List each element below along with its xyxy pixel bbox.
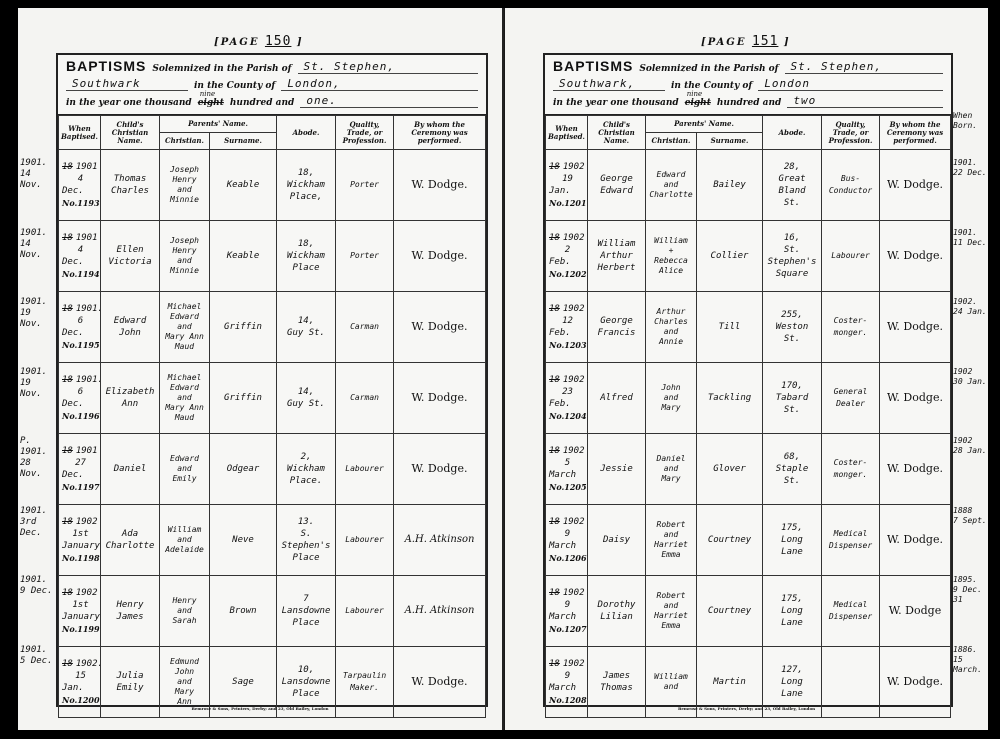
abode-cell: 175, Long Lane: [763, 505, 822, 576]
parents-surname-cell: Till: [697, 292, 763, 363]
register-header: BAPTISMS Solemnized in the Parish of St.…: [58, 55, 486, 115]
baptism-day: 23: [549, 386, 586, 398]
baptism-month: March: [549, 682, 586, 694]
baptism-month: January: [62, 611, 99, 623]
baptism-month: Feb.: [549, 398, 586, 410]
baptism-day: 2: [549, 244, 586, 256]
birth-date-note: 1901. 14 Nov.: [20, 228, 56, 261]
abode-cell: 2, Wickham Place.: [277, 434, 336, 505]
parents-christian-cell: Henry and Sarah: [160, 576, 210, 647]
baptism-day: 15: [62, 670, 99, 682]
birth-date-note: 1886. 15 March.: [953, 645, 987, 675]
baptism-month: Dec.: [62, 469, 99, 481]
baptism-month: Dec.: [62, 398, 99, 410]
trade-cell: Medical Dispenser: [822, 576, 880, 647]
when-baptised-cell: 18190212Feb.No.1203: [546, 292, 588, 363]
trade-cell: Bus- Conductor: [822, 150, 880, 221]
abode-cell: 14, Guy St.: [277, 363, 336, 434]
child-name-cell: Jessie: [588, 434, 646, 505]
parents-christian-cell: William and Adelaide: [160, 505, 210, 576]
col-quality: Quality, Trade, or Profession.: [336, 116, 394, 150]
birth-date-note: 1901. 3rd Dec.: [20, 506, 56, 539]
table-row: 1819014Dec.No.1193Thomas CharlesJoseph H…: [59, 150, 486, 221]
birth-date-note: 1895. 9 Dec. 31: [953, 575, 987, 605]
entry-number: No.1202: [549, 268, 586, 280]
col-parents: Parents' Name.: [160, 116, 277, 133]
when-baptised-cell: 1819025MarchNo.1205: [546, 434, 588, 505]
inserted-word: nine: [200, 90, 215, 98]
baptism-year: 1901: [76, 446, 98, 456]
birth-date-note: 1888 7 Sept.: [953, 506, 987, 526]
trade-cell: Medical Dispenser: [822, 505, 880, 576]
baptism-month: Dec.: [62, 185, 99, 197]
baptism-month: Dec.: [62, 256, 99, 268]
baptism-month: March: [549, 611, 586, 623]
baptism-day: 27: [62, 457, 99, 469]
when-baptised-cell: 18190223Feb.No.1204: [546, 363, 588, 434]
table-row: 1819021stJanuaryNo.1199Henry JamesHenry …: [59, 576, 486, 647]
parents-christian-cell: Robert and Harriet Emma: [646, 505, 697, 576]
year-word: two: [787, 94, 943, 108]
baptism-day: 6: [62, 386, 99, 398]
county-name: London,: [281, 77, 478, 91]
when-baptised-cell: 1819014Dec.No.1194: [59, 221, 101, 292]
baptism-year: 1901.: [76, 375, 101, 385]
trade-cell: Carman: [336, 292, 394, 363]
child-name-cell: William Arthur Herbert: [588, 221, 646, 292]
baptism-year: 1901.: [76, 304, 101, 314]
baptism-day: 5: [549, 457, 586, 469]
baptism-year: 1901: [76, 233, 98, 243]
parents-christian-cell: Michael Edward and Mary Ann Maud: [160, 363, 210, 434]
col-surname: Surname.: [210, 133, 277, 150]
col-when-baptised: When Baptised.: [546, 116, 588, 150]
baptism-month: March: [549, 469, 586, 481]
when-born-heading: When Born.: [953, 111, 987, 131]
table-row: 1819022Feb.No.1202William Arthur Herbert…: [546, 221, 951, 292]
parents-surname-cell: Odgear: [210, 434, 277, 505]
officiant-cell: A.H. Atkinson: [394, 576, 486, 647]
child-name-cell: Daniel: [101, 434, 160, 505]
abode-cell: 13. S. Stephen's Place: [277, 505, 336, 576]
parents-surname-cell: Glover: [697, 434, 763, 505]
trade-cell: Coster- monger.: [822, 434, 880, 505]
baptism-year: 1902: [563, 659, 585, 669]
officiant-cell: W. Dodge: [880, 576, 951, 647]
child-name-cell: Elizabeth Ann: [101, 363, 160, 434]
birth-date-note: P. 1901. 28 Nov.: [20, 436, 56, 480]
col-christian: Christian.: [160, 133, 210, 150]
officiant-cell: W. Dodge.: [394, 150, 486, 221]
entry-number: No.1204: [549, 410, 586, 422]
birth-date-note: 1902 28 Jan.: [953, 436, 987, 456]
baptism-register-table: BAPTISMS Solemnized in the Parish of St.…: [543, 53, 953, 707]
printer-imprint: Bemrose & Sons, Printers, Derby; and 23,…: [505, 706, 988, 711]
col-when-baptised: When Baptised.: [59, 116, 101, 150]
entry-number: No.1207: [549, 623, 586, 635]
parents-christian-cell: Joseph Henry and Minnie: [160, 150, 210, 221]
right-page: [PAGE 151 ] BAPTISMS Solemnized in the P…: [505, 8, 988, 730]
col-child-name: Child's Christian Name.: [101, 116, 160, 150]
struck-word: eight: [198, 98, 224, 108]
when-baptised-cell: 181901.6Dec.No.1196: [59, 363, 101, 434]
trade-cell: Labourer: [336, 576, 394, 647]
when-baptised-cell: 1819021stJanuaryNo.1198: [59, 505, 101, 576]
abode-cell: 68, Staple St.: [763, 434, 822, 505]
parents-surname-cell: Griffin: [210, 363, 277, 434]
table-row: 18190223Feb.No.1204AlfredJohn and MaryTa…: [546, 363, 951, 434]
register-title: BAPTISMS: [66, 58, 146, 74]
baptism-year: 1902: [563, 517, 585, 527]
baptism-day: 1st: [62, 528, 99, 540]
col-by-whom: By whom the Ceremony was performed.: [880, 116, 951, 150]
entry-number: No.1206: [549, 552, 586, 564]
struck-word: eight: [685, 98, 711, 108]
entry-number: No.1195: [62, 339, 99, 351]
child-name-cell: Dorothy Lilian: [588, 576, 646, 647]
parish-name: St. Stephen,: [298, 60, 478, 74]
parents-christian-cell: Edward and Emily: [160, 434, 210, 505]
child-name-cell: Ellen Victoria: [101, 221, 160, 292]
birth-date-note: 1902. 24 Jan.: [953, 297, 987, 317]
entry-number: No.1201: [549, 197, 586, 209]
baptism-day: 1st: [62, 599, 99, 611]
parents-christian-cell: William + Rebecca Alice: [646, 221, 697, 292]
parents-surname-cell: Brown: [210, 576, 277, 647]
baptism-day: 9: [549, 528, 586, 540]
entries-table: When Baptised. Child's Christian Name. P…: [58, 115, 486, 718]
child-name-cell: George Francis: [588, 292, 646, 363]
when-baptised-cell: 18190219Jan.No.1201: [546, 150, 588, 221]
table-row: 1819014Dec.No.1194Ellen VictoriaJoseph H…: [59, 221, 486, 292]
table-row: 18190219Jan.No.1201George EdwardEdward a…: [546, 150, 951, 221]
abode-cell: 14, Guy St.: [277, 292, 336, 363]
entry-number: No.1196: [62, 410, 99, 422]
when-baptised-cell: 1819022Feb.No.1202: [546, 221, 588, 292]
entry-number: No.1194: [62, 268, 99, 280]
abode-cell: 7 Lansdowne Place: [277, 576, 336, 647]
parents-surname-cell: Collier: [697, 221, 763, 292]
parents-christian-cell: Edward and Charlotte: [646, 150, 697, 221]
table-row: 1819025MarchNo.1205JessieDaniel and Mary…: [546, 434, 951, 505]
baptism-year: 1902: [76, 588, 98, 598]
officiant-cell: W. Dodge.: [880, 434, 951, 505]
parents-surname-cell: Keable: [210, 221, 277, 292]
birth-date-note: 1901. 22 Dec.: [953, 158, 987, 178]
officiant-cell: W. Dodge.: [394, 434, 486, 505]
abode-cell: 16, St. Stephen's Square: [763, 221, 822, 292]
page-number: 150: [265, 34, 291, 49]
trade-cell: Labourer: [822, 221, 880, 292]
baptism-month: January: [62, 540, 99, 552]
officiant-cell: W. Dodge.: [880, 363, 951, 434]
baptism-day: 19: [549, 173, 586, 185]
parents-christian-cell: Daniel and Mary: [646, 434, 697, 505]
trade-cell: Carman: [336, 363, 394, 434]
entry-number: No.1208: [549, 694, 586, 706]
entry-number: No.1203: [549, 339, 586, 351]
birth-date-note: 1901. 9 Dec.: [20, 575, 56, 597]
officiant-cell: W. Dodge.: [394, 221, 486, 292]
baptism-day: 12: [549, 315, 586, 327]
col-by-whom: By whom the Ceremony was performed.: [394, 116, 486, 150]
parents-surname-cell: Courtney: [697, 576, 763, 647]
abode-cell: 170, Tabard St.: [763, 363, 822, 434]
entry-number: No.1199: [62, 623, 99, 635]
baptism-month: Jan.: [62, 682, 99, 694]
entry-number: No.1205: [549, 481, 586, 493]
trade-cell: Porter: [336, 221, 394, 292]
register-title: BAPTISMS: [553, 58, 633, 74]
baptism-day: 9: [549, 670, 586, 682]
officiant-cell: W. Dodge.: [394, 363, 486, 434]
trade-cell: Labourer: [336, 505, 394, 576]
when-baptised-cell: 18190127Dec.No.1197: [59, 434, 101, 505]
baptism-year: 1902: [563, 304, 585, 314]
entry-number: No.1197: [62, 481, 99, 493]
officiant-cell: W. Dodge.: [880, 150, 951, 221]
inserted-word: nine: [687, 90, 702, 98]
parents-christian-cell: Arthur Charles and Annie: [646, 292, 697, 363]
trade-cell: Labourer: [336, 434, 394, 505]
birth-date-note: 1901. 14 Nov.: [20, 158, 56, 191]
county-name: London: [758, 77, 943, 91]
parents-christian-cell: Robert and Harriet Emma: [646, 576, 697, 647]
col-abode: Abode.: [277, 116, 336, 150]
page-number: 151: [752, 34, 778, 49]
entries-table: When Baptised. Child's Christian Name. P…: [545, 115, 951, 718]
col-parents: Parents' Name.: [646, 116, 763, 133]
table-row: 18190127Dec.No.1197DanielEdward and Emil…: [59, 434, 486, 505]
left-page: [PAGE 150 ] BAPTISMS Solemnized in the P…: [18, 8, 504, 730]
page-number-label: [PAGE 151 ]: [701, 34, 791, 49]
parents-surname-cell: Bailey: [697, 150, 763, 221]
trade-cell: Coster- monger.: [822, 292, 880, 363]
baptism-month: Feb.: [549, 327, 586, 339]
parents-surname-cell: Keable: [210, 150, 277, 221]
baptism-register-table: BAPTISMS Solemnized in the Parish of St.…: [56, 53, 488, 707]
child-name-cell: Thomas Charles: [101, 150, 160, 221]
abode-cell: 18, Wickham Place,: [277, 150, 336, 221]
birth-date-note: 1901. 5 Dec.: [20, 645, 56, 667]
parents-surname-cell: Griffin: [210, 292, 277, 363]
table-row: 1819029MarchNo.1207Dorothy LilianRobert …: [546, 576, 951, 647]
officiant-cell: W. Dodge.: [394, 292, 486, 363]
child-name-cell: Edward John: [101, 292, 160, 363]
col-christian: Christian.: [646, 133, 697, 150]
when-baptised-cell: 181901.6Dec.No.1195: [59, 292, 101, 363]
baptism-day: 9: [549, 599, 586, 611]
birth-date-note: 1901. 19 Nov.: [20, 367, 56, 400]
parents-surname-cell: Tackling: [697, 363, 763, 434]
when-baptised-cell: 1819029MarchNo.1206: [546, 505, 588, 576]
parents-christian-cell: Michael Edward and Mary Ann Maud: [160, 292, 210, 363]
table-row: 181901.6Dec.No.1196Elizabeth AnnMichael …: [59, 363, 486, 434]
register-header: BAPTISMS Solemnized in the Parish of St.…: [545, 55, 951, 115]
entry-number: No.1200: [62, 694, 99, 706]
child-name-cell: Alfred: [588, 363, 646, 434]
officiant-cell: W. Dodge.: [880, 505, 951, 576]
year-word: one.: [300, 94, 478, 108]
parish-continued: Southwark,: [553, 77, 665, 91]
abode-cell: 28, Great Bland St.: [763, 150, 822, 221]
baptism-year: 1902: [76, 517, 98, 527]
child-name-cell: Daisy: [588, 505, 646, 576]
baptism-year: 1902.: [76, 659, 101, 669]
table-row: 1819021stJanuaryNo.1198Ada CharlotteWill…: [59, 505, 486, 576]
printer-imprint: Bemrose & Sons, Printers, Derby; and 23,…: [18, 706, 502, 711]
entry-number: No.1198: [62, 552, 99, 564]
when-baptised-cell: 1819029MarchNo.1207: [546, 576, 588, 647]
baptism-day: 4: [62, 244, 99, 256]
officiant-cell: A.H. Atkinson: [394, 505, 486, 576]
baptism-day: 6: [62, 315, 99, 327]
col-surname: Surname.: [697, 133, 763, 150]
baptism-year: 1902: [563, 233, 585, 243]
parents-surname-cell: Courtney: [697, 505, 763, 576]
baptism-month: Dec.: [62, 327, 99, 339]
trade-cell: General Dealer: [822, 363, 880, 434]
birth-date-note: 1901. 11 Dec.: [953, 228, 987, 248]
when-baptised-cell: 1819014Dec.No.1193: [59, 150, 101, 221]
baptism-year: 1902: [563, 375, 585, 385]
abode-cell: 18, Wickham Place: [277, 221, 336, 292]
trade-cell: Porter: [336, 150, 394, 221]
when-baptised-cell: 1819021stJanuaryNo.1199: [59, 576, 101, 647]
baptism-month: Jan.: [549, 185, 586, 197]
table-row: 18190212Feb.No.1203George FrancisArthur …: [546, 292, 951, 363]
parish-name: St. Stephen,: [785, 60, 943, 74]
officiant-cell: W. Dodge.: [880, 292, 951, 363]
abode-cell: 255, Weston St.: [763, 292, 822, 363]
officiant-cell: W. Dodge.: [880, 221, 951, 292]
baptism-year: 1902: [563, 588, 585, 598]
col-abode: Abode.: [763, 116, 822, 150]
parish-continued: Southwark: [66, 77, 188, 91]
abode-cell: 175, Long Lane: [763, 576, 822, 647]
baptism-year: 1902: [563, 162, 585, 172]
child-name-cell: Ada Charlotte: [101, 505, 160, 576]
page-number-label: [PAGE 150 ]: [214, 34, 304, 49]
col-quality: Quality, Trade, or Profession.: [822, 116, 880, 150]
table-row: 181901.6Dec.No.1195Edward JohnMichael Ed…: [59, 292, 486, 363]
baptism-month: March: [549, 540, 586, 552]
baptism-year: 1902: [563, 446, 585, 456]
birth-date-note: 1901. 19 Nov.: [20, 297, 56, 330]
child-name-cell: George Edward: [588, 150, 646, 221]
entry-number: No.1193: [62, 197, 99, 209]
parents-christian-cell: John and Mary: [646, 363, 697, 434]
col-child-name: Child's Christian Name.: [588, 116, 646, 150]
baptism-day: 4: [62, 173, 99, 185]
baptism-year: 1901: [76, 162, 98, 172]
parents-christian-cell: Joseph Henry and Minnie: [160, 221, 210, 292]
baptism-month: Feb.: [549, 256, 586, 268]
child-name-cell: Henry James: [101, 576, 160, 647]
table-row: 1819029MarchNo.1206DaisyRobert and Harri…: [546, 505, 951, 576]
birth-date-note: 1902 30 Jan.: [953, 367, 987, 387]
parents-surname-cell: Neve: [210, 505, 277, 576]
